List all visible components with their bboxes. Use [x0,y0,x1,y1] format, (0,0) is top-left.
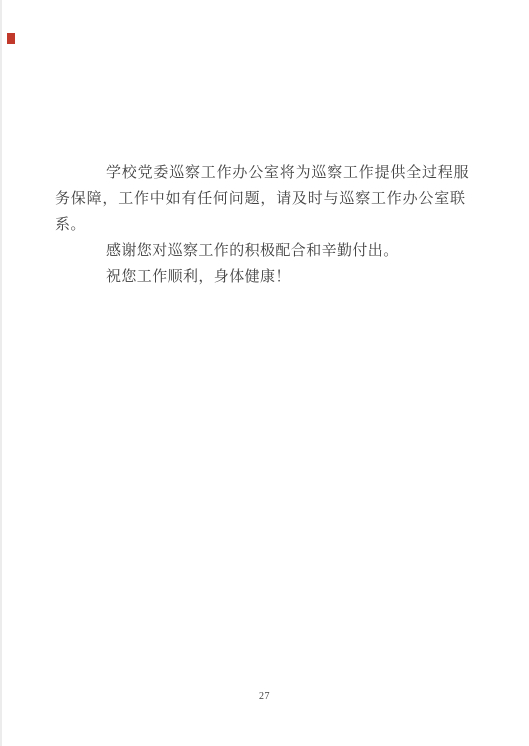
paragraph-line: 务保障，工作中如有任何问题，请及时与巡察工作办公室联 [55,186,473,212]
paragraph-line: 系。 [55,212,473,238]
paragraph: 学校党委巡察工作办公室将为巡察工作提供全过程服 务保障，工作中如有任何问题，请及… [55,160,473,238]
page-number: 27 [0,691,529,702]
document-body: 学校党委巡察工作办公室将为巡察工作提供全过程服 务保障，工作中如有任何问题，请及… [55,160,473,290]
page-left-edge [0,0,2,746]
paragraph-line: 祝您工作顺利，身体健康！ [55,264,473,290]
red-mark [7,33,15,44]
paragraph: 祝您工作顺利，身体健康！ [55,264,473,290]
paragraph-line: 学校党委巡察工作办公室将为巡察工作提供全过程服 [55,160,473,186]
paragraph-line: 感谢您对巡察工作的积极配合和辛勤付出。 [55,238,473,264]
paragraph: 感谢您对巡察工作的积极配合和辛勤付出。 [55,238,473,264]
document-page: 学校党委巡察工作办公室将为巡察工作提供全过程服 务保障，工作中如有任何问题，请及… [0,0,529,746]
